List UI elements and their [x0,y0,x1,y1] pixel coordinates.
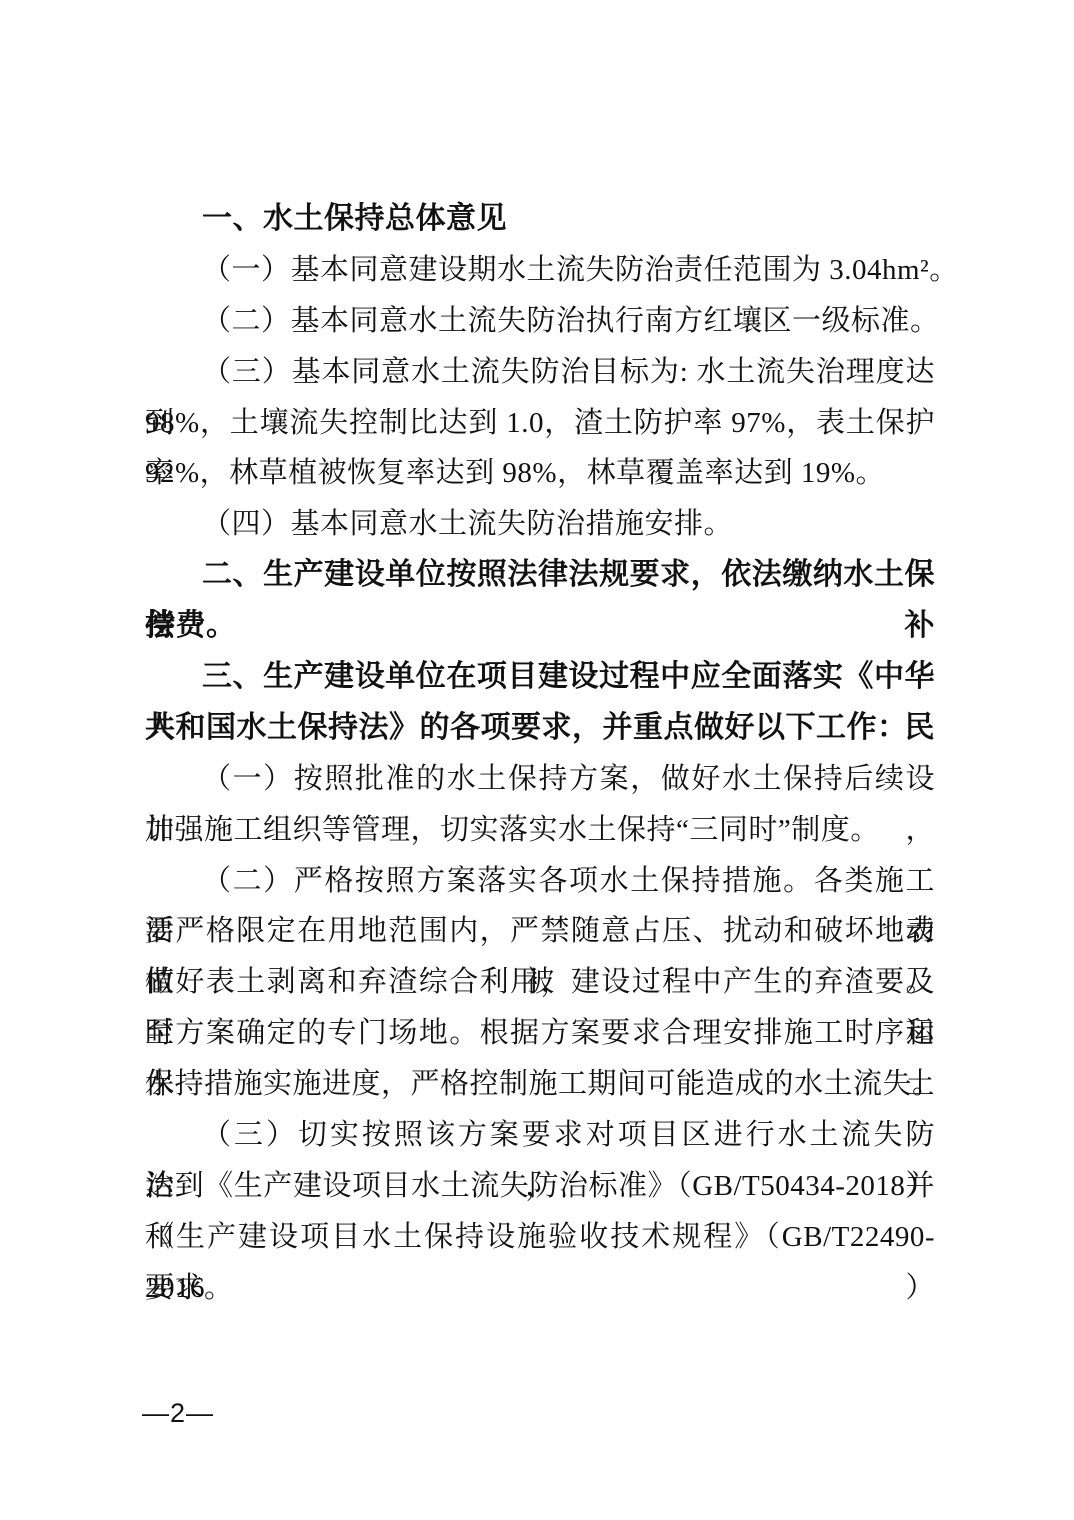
section-3-item-2-line-3: 做好表土剥离和弃渣综合利用，建设过程中产生的弃渣要及时运 [145,957,935,1008]
section-3-item-2-line-4: 至方案确定的专门场地。根据方案要求合理安排施工时序和水土 [145,1008,935,1059]
section-1-item-2: （二）基本同意水土流失防治执行南方红壤区一级标准。 [145,296,935,347]
section-3-item-3-line-3: 《生产建设项目水土保持设施验收技术规程》（GB/T22490-2016） [145,1212,935,1263]
section-3-heading-line-1: 三、生产建设单位在项目建设过程中应全面落实《中华人民 [145,652,935,703]
section-1-item-1: （一）基本同意建设期水土流失防治责任范围为 3.04hm²。 [145,245,935,296]
section-3-item-1-line-1: （一）按照批准的水土保持方案，做好水土保持后续设计， [145,754,935,805]
section-3-item-2-line-2: 要严格限定在用地范围内，严禁随意占压、扰动和破坏地表植被。 [145,906,935,957]
section-2-heading-line-1: 二、生产建设单位按照法律法规要求，依法缴纳水土保持补 [145,550,935,601]
section-1-heading: 一、水土保持总体意见 [145,194,935,245]
section-1-item-3-line-3: 92%，林草植被恢复率达到 98%，林草覆盖率达到 19%。 [145,448,935,499]
section-3-item-3-line-1: （三）切实按照该方案要求对项目区进行水土流失防治，并 [145,1110,935,1161]
page-number: —2— [142,1398,214,1429]
section-3-item-1-line-2: 加强施工组织等管理，切实落实水土保持“三同时”制度。 [145,805,935,856]
section-1-item-3-line-2: 98%，土壤流失控制比达到 1.0，渣土防护率 97%，表土保护率 [145,398,935,449]
section-3-item-3-line-2: 达到《生产建设项目水土流失防治标准》（GB/T50434-2018）和 [145,1161,935,1212]
section-3-item-2-line-5: 保持措施实施进度，严格控制施工期间可能造成的水土流失。 [145,1059,935,1110]
document-body: 一、水土保持总体意见 （一）基本同意建设期水土流失防治责任范围为 3.04hm²… [145,194,935,1314]
document-page: 一、水土保持总体意见 （一）基本同意建设期水土流失防治责任范围为 3.04hm²… [0,0,1074,1520]
section-3-heading-line-2: 共和国水土保持法》的各项要求，并重点做好以下工作： [145,703,935,754]
section-1-item-3-line-1: （三）基本同意水土流失防治目标为: 水土流失治理度达到 [145,347,935,398]
section-1-item-4: （四）基本同意水土流失防治措施安排。 [145,499,935,550]
section-3-item-2-line-1: （二）严格按照方案落实各项水土保持措施。各类施工活动 [145,856,935,907]
